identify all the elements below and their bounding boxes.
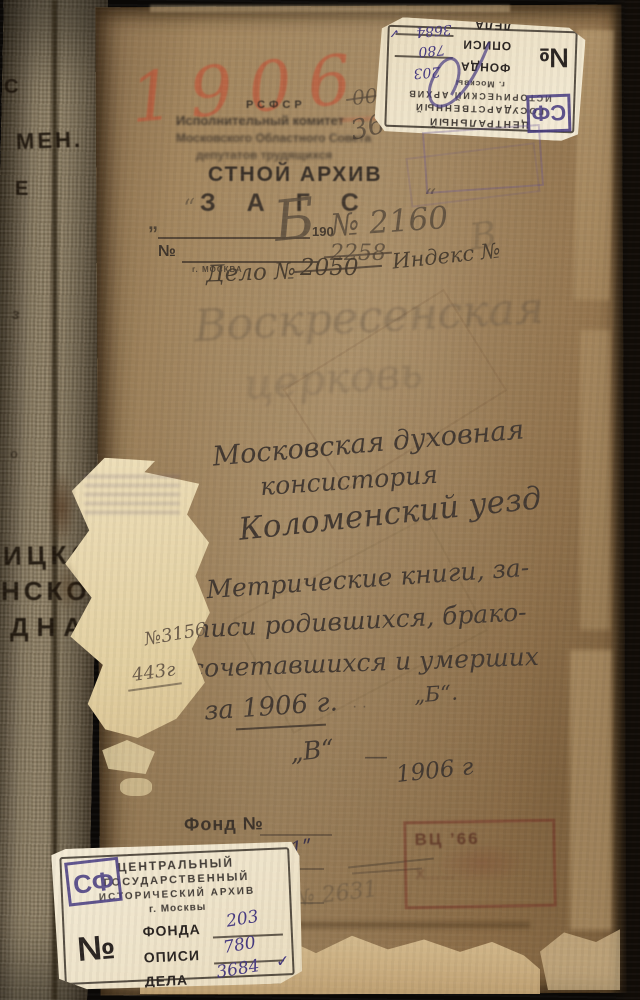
pencil-letter-v: В [467,214,499,258]
zags-stamp-line: Московского Областного Совета [176,131,371,145]
faded-rect-stamp: ВЦ ’66 Х…… [403,819,557,910]
pencil-letter-b: Б [271,186,319,255]
ink-dash: — [364,742,388,770]
book-cover-photo: С МЕН. Е з о ИЦКОЕ НСКОЕ ДНА 1906 г 001 … [0,0,640,1000]
letter-b-note: „Б“. [413,681,458,708]
zags-stamp-line: РСФСР [246,99,306,111]
pen-scribble [396,31,499,124]
form-number-sign: № [158,243,176,261]
worn-edge [580,330,610,630]
spine-text-fragment: С [4,76,18,99]
zags-stamp-line: Исполнительный комитет [176,113,344,128]
zags-stamp-line: депутатов трудящихся [196,148,332,162]
ink-dots: · · [352,698,367,716]
fond-stamp-line: Фонд № [184,813,264,835]
archive-label-bottom: ЦЕНТРАЛЬНЫЙ ГОСУДАРСТВЕННЫЙ ИСТОРИЧЕСКИЙ… [51,839,305,994]
ink-smear [56,560,78,614]
stamp-smudge [437,842,528,884]
ink-smear [48,470,76,546]
spine-text-fragment: о [10,446,18,461]
faded-stamp-remnant [84,472,180,514]
spine-text-fragment: МЕН. [16,127,84,155]
number-sign: № [539,42,569,73]
number-sign: № [76,928,117,970]
spine-text-fragment: Е [15,178,28,201]
cover-right-edge [610,0,640,1000]
letter-v-note: „В“ [289,734,336,767]
torn-top-edge [150,5,510,12]
check-mark: ✓ [388,25,399,41]
form-open-quote: „ [148,212,158,235]
sf-stamp: СФ [64,857,123,907]
check-mark: ✓ [276,951,290,972]
zags-stamp-line: СТНОЙ АРХИВ [208,163,383,187]
delo-label: Дело № [206,258,297,287]
archive-label-top: ЦЕНТРАЛЬНЫЙ ГОСУДАРСТВЕННЫЙ ИСТОРИЧЕСКИЙ… [374,16,586,141]
worn-edge [570,650,612,930]
paper-scrap [120,778,152,796]
fonda-row-label: ФОНДА [142,921,201,940]
opisi-row-label: ОПИСИ [143,947,200,965]
